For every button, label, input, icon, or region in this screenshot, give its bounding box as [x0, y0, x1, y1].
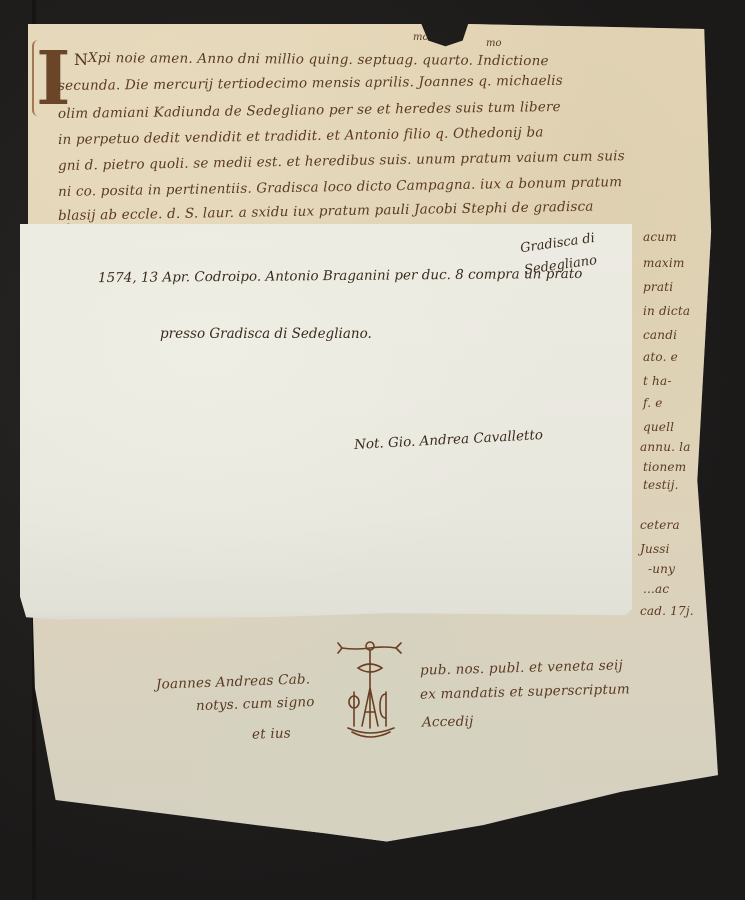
notary-subscription-line-3-left: et ius: [252, 725, 291, 742]
deed-line-6: ni co. posita in pertinentiis. Gradisca …: [58, 174, 622, 200]
notary-subscription-line-1-right: pub. nos. publ. et veneta seij: [420, 657, 623, 678]
label-corner-note-line-1: Gradisca di: [519, 231, 596, 256]
superscript: mo: [486, 38, 502, 49]
deed-line-2: secunda. Die mercurij tertiodecimo mensi…: [58, 73, 563, 94]
margin-fragment: t ha-: [643, 374, 672, 388]
margin-fragment: cetera: [640, 518, 680, 532]
margin-fragment: prati: [643, 280, 673, 294]
margin-fragment: -uny: [648, 562, 675, 576]
deed-line-4: in perpetuo dedit vendidit et tradidit. …: [58, 124, 544, 148]
margin-fragment: annu. la: [640, 440, 691, 454]
label-summary-line-1: 1574, 13 Apr. Codroipo. Antonio Braganin…: [98, 266, 582, 286]
deed-line-3: olim damiani Kadiunda de Sedegliano per …: [58, 99, 561, 122]
archival-paper-label: Gradisca di Sedegliano 1574, 13 Apr. Cod…: [20, 224, 632, 638]
notary-subscription-line-3-right: Accedij: [422, 714, 474, 731]
margin-fragment: f. e: [643, 396, 663, 410]
notary-subscription-line-1-left: Joannes Andreas Cab.: [156, 671, 311, 692]
notary-subscription-line-2-left: notys. cum signo: [196, 694, 315, 714]
margin-fragment: quell: [643, 420, 674, 434]
margin-fragment: maxim: [643, 256, 685, 270]
deed-line-7: blasij ab eccle. d. S. laur. a sxidu iux…: [58, 199, 594, 224]
margin-fragment: candi: [643, 328, 677, 342]
deed-line-1: Xpi noie amen. Anno dni millio quing. se…: [88, 50, 549, 69]
deed-line-5: gni d. pietro quoli. se medii est. et he…: [58, 148, 625, 174]
label-summary-line-2: presso Gradisca di Sedegliano.: [160, 326, 372, 342]
margin-fragment: ato. e: [643, 350, 678, 364]
margin-fragment: Jussi: [640, 542, 670, 556]
label-notary-name: Not. Gio. Andrea Cavalletto: [354, 427, 544, 453]
opening-letter: N: [74, 50, 88, 69]
margin-fragment: cad. 17j.: [640, 604, 694, 618]
margin-fragment: acum: [643, 230, 677, 244]
margin-fragment: in dicta: [643, 304, 690, 318]
notary-subscription-line-2-right: ex mandatis et superscriptum: [420, 681, 630, 702]
notary-signum-icon: IAC: [330, 636, 410, 746]
margin-fragment: tionem: [643, 460, 686, 474]
margin-fragment: testij.: [643, 478, 679, 492]
margin-fragment: ...ac: [643, 582, 669, 596]
